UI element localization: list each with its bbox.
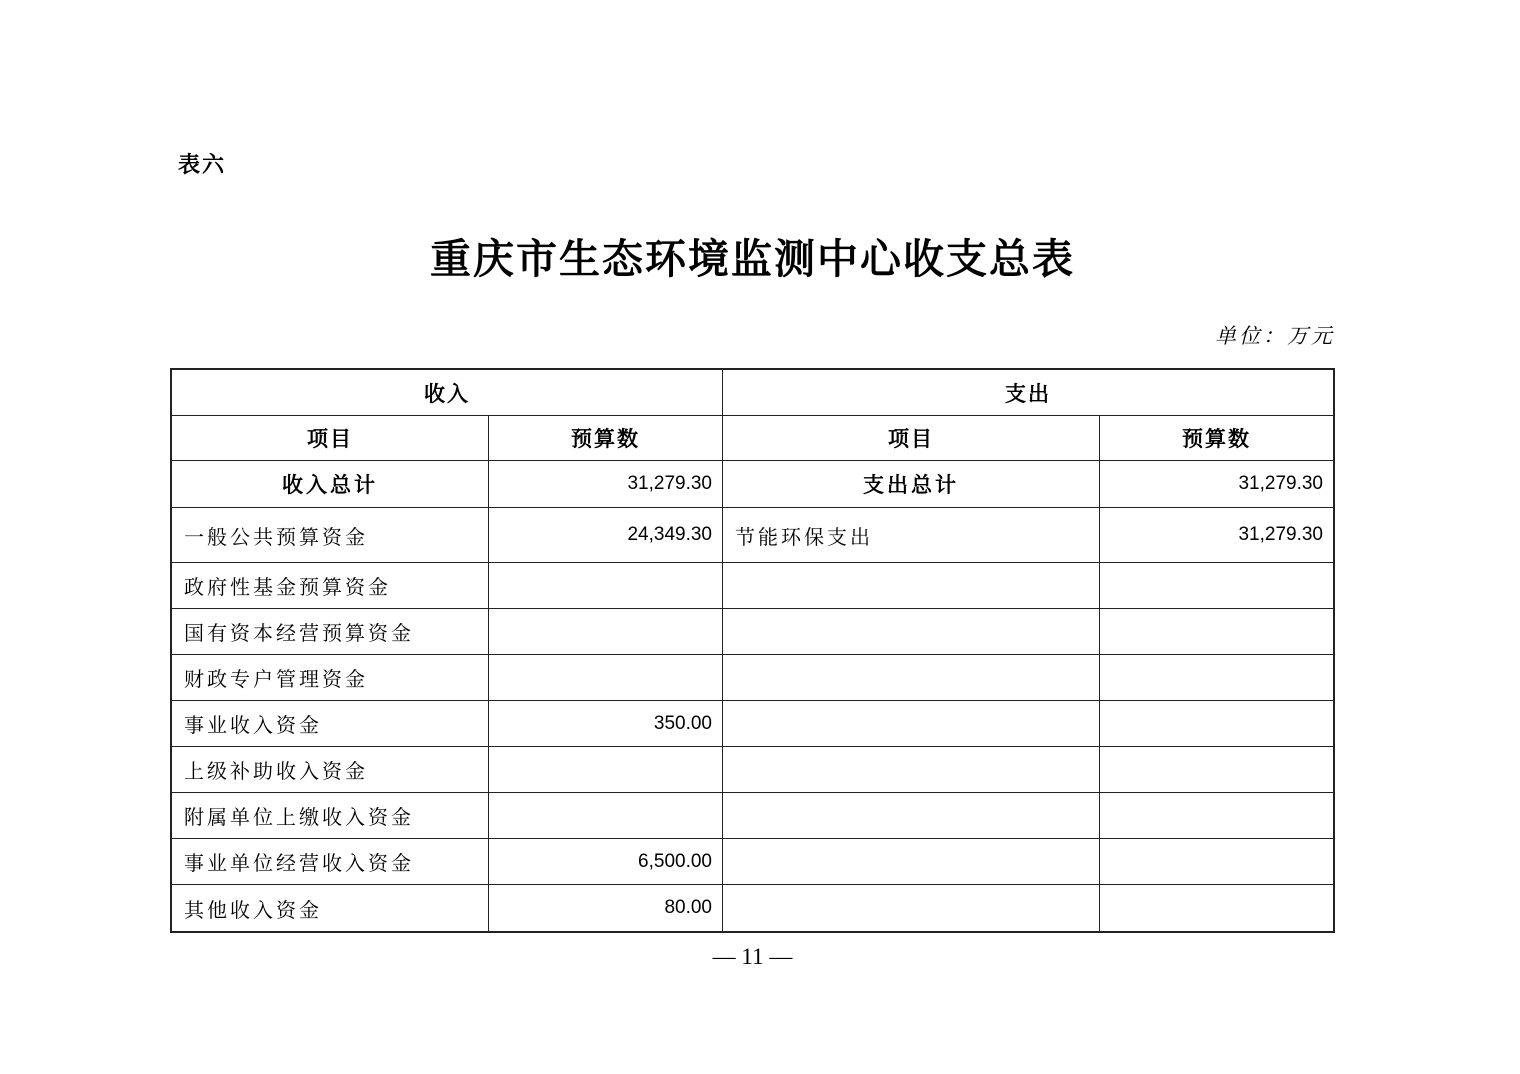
expense-item-cell bbox=[723, 609, 1100, 655]
income-value-cell: 6,500.00 bbox=[489, 839, 723, 885]
income-value-cell bbox=[489, 655, 723, 701]
expense-value-cell bbox=[1100, 655, 1333, 701]
income-item-cell: 上级补助收入资金 bbox=[172, 747, 489, 793]
table-row: 一般公共预算资金 24,349.30 节能环保支出 31,279.30 bbox=[172, 508, 1333, 563]
income-item-column-header: 项目 bbox=[172, 416, 489, 461]
table-row: 事业收入资金 350.00 bbox=[172, 701, 1333, 747]
table-label: 表六 bbox=[178, 148, 226, 179]
income-value-cell bbox=[489, 563, 723, 609]
income-section-header: 收入 bbox=[172, 370, 723, 416]
expense-section-header: 支出 bbox=[723, 370, 1333, 416]
expense-item-cell bbox=[723, 793, 1100, 839]
expense-item-cell: 节能环保支出 bbox=[723, 508, 1100, 563]
expense-value-cell bbox=[1100, 839, 1333, 885]
income-value-cell bbox=[489, 793, 723, 839]
table-row: 其他收入资金 80.00 bbox=[172, 885, 1333, 931]
income-value-cell: 31,279.30 bbox=[489, 461, 723, 508]
expense-item-cell bbox=[723, 747, 1100, 793]
income-value-cell: 80.00 bbox=[489, 885, 723, 931]
table-section-header-row: 收入 支出 bbox=[172, 370, 1333, 416]
expense-value-cell bbox=[1100, 701, 1333, 747]
income-value-cell bbox=[489, 747, 723, 793]
income-value-cell: 24,349.30 bbox=[489, 508, 723, 563]
expense-item-cell bbox=[723, 885, 1100, 931]
budget-table: 收入 支出 项目 预算数 项目 预算数 收入总计 31,279.30 支出总计 … bbox=[170, 368, 1335, 933]
table-row: 上级补助收入资金 bbox=[172, 747, 1333, 793]
income-item-cell: 一般公共预算资金 bbox=[172, 508, 489, 563]
expense-item-column-header: 项目 bbox=[723, 416, 1100, 461]
income-item-cell: 国有资本经营预算资金 bbox=[172, 609, 489, 655]
expense-budget-column-header: 预算数 bbox=[1100, 416, 1333, 461]
expense-item-cell: 支出总计 bbox=[723, 461, 1100, 508]
income-item-cell: 政府性基金预算资金 bbox=[172, 563, 489, 609]
expense-item-cell bbox=[723, 563, 1100, 609]
expense-value-cell: 31,279.30 bbox=[1100, 461, 1333, 508]
income-item-cell: 附属单位上缴收入资金 bbox=[172, 793, 489, 839]
expense-item-cell bbox=[723, 701, 1100, 747]
table-row: 事业单位经营收入资金 6,500.00 bbox=[172, 839, 1333, 885]
income-item-cell: 事业单位经营收入资金 bbox=[172, 839, 489, 885]
table-column-header-row: 项目 预算数 项目 预算数 bbox=[172, 416, 1333, 461]
expense-value-cell bbox=[1100, 885, 1333, 931]
expense-value-cell bbox=[1100, 793, 1333, 839]
income-item-cell: 事业收入资金 bbox=[172, 701, 489, 747]
table-row: 政府性基金预算资金 bbox=[172, 563, 1333, 609]
income-item-cell: 财政专户管理资金 bbox=[172, 655, 489, 701]
expense-value-cell bbox=[1100, 563, 1333, 609]
page-number: — 11 — bbox=[170, 944, 1335, 970]
income-value-cell: 350.00 bbox=[489, 701, 723, 747]
expense-item-cell bbox=[723, 655, 1100, 701]
page-title: 重庆市生态环境监测中心收支总表 bbox=[170, 226, 1335, 285]
expense-value-cell bbox=[1100, 747, 1333, 793]
table-row: 国有资本经营预算资金 bbox=[172, 609, 1333, 655]
income-item-cell: 收入总计 bbox=[172, 461, 489, 508]
table-row-total: 收入总计 31,279.30 支出总计 31,279.30 bbox=[172, 461, 1333, 508]
expense-item-cell bbox=[723, 839, 1100, 885]
expense-value-cell bbox=[1100, 609, 1333, 655]
income-item-cell: 其他收入资金 bbox=[172, 885, 489, 931]
income-budget-column-header: 预算数 bbox=[489, 416, 723, 461]
unit-note: 单位：万元 bbox=[170, 320, 1335, 350]
table-row: 附属单位上缴收入资金 bbox=[172, 793, 1333, 839]
expense-value-cell: 31,279.30 bbox=[1100, 508, 1333, 563]
table-row: 财政专户管理资金 bbox=[172, 655, 1333, 701]
income-value-cell bbox=[489, 609, 723, 655]
document-page: 表六 重庆市生态环境监测中心收支总表 单位：万元 收入 支出 项目 预算数 项目… bbox=[0, 0, 1520, 1074]
